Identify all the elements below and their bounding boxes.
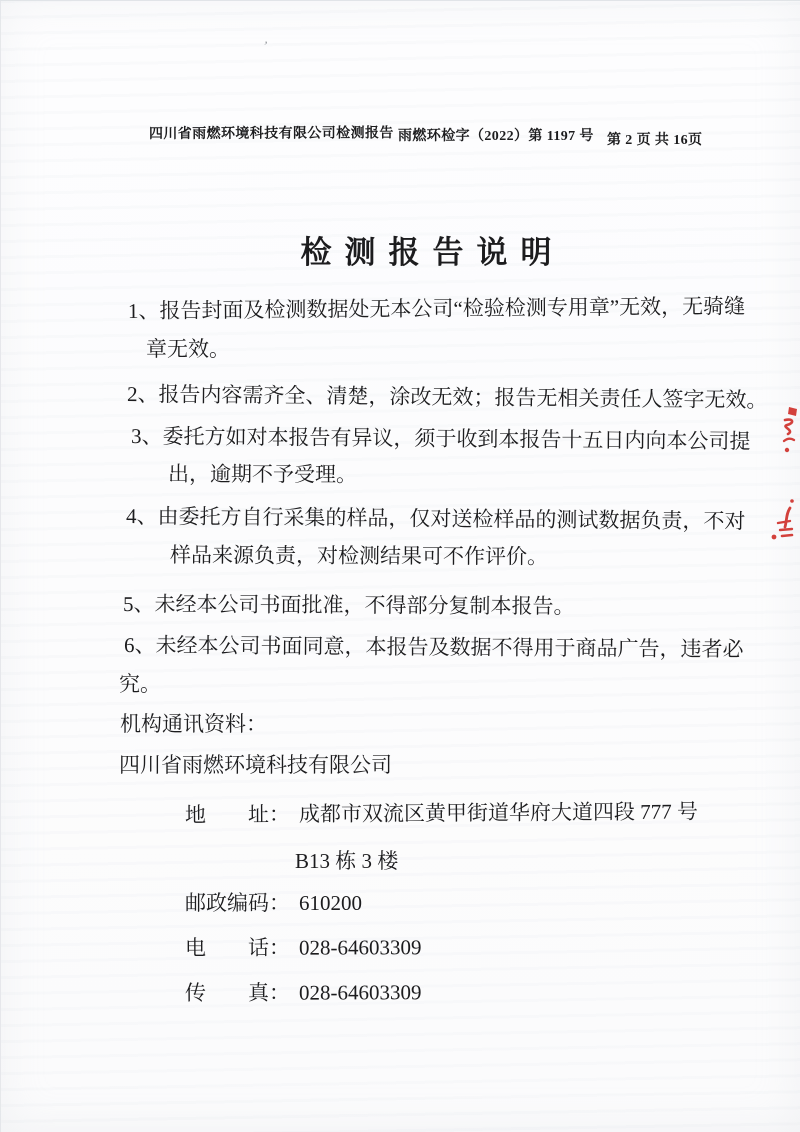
phone-row: 电 话：028-64603309 (185, 935, 422, 961)
address-label: 地 址： (185, 802, 290, 827)
note-2-line-1: 2、报告内容需齐全、清楚，涂改无效；报告无相关责任人签字无效。 (127, 382, 768, 413)
note-5-line-1: 5、未经本公司书面批准，不得部分复制本报告。 (123, 592, 575, 620)
scanned-report-page: 四川省雨燃环境科技有限公司检测报告 雨燃环检字（2022）第 1197 号 第 … (0, 0, 800, 1132)
note-3-line-2: 出，逾期不予受理。 (168, 462, 357, 488)
fax-label: 传 真： (185, 981, 290, 1005)
note-4-line-1: 4、由委托方自行采集的样品，仅对送检样品的测试数据负责，不对 (126, 504, 746, 535)
note-3-line-1: 3、委托方如对本报告有异议，须于收到本报告十五日内向本公司提 (131, 424, 751, 455)
address-line2: B13 栋 3 楼 (295, 849, 398, 874)
contact-section-heading: 机构通讯资料： (120, 712, 267, 737)
header-report-number: 雨燃环检字（2022）第 1197 号 (398, 129, 594, 146)
stray-ink-mark: ’ (261, 38, 269, 55)
postal-value: 610200 (299, 891, 362, 915)
postal-label: 邮政编码： (185, 891, 290, 915)
note-6-line-2: 究。 (119, 672, 161, 697)
note-1-line-1: 1、报告封面及检测数据处无本公司“检验检测专用章”无效，无骑缝 (128, 294, 745, 324)
address-row: 地 址：成都市双流区黄甲街道华府大道四段 777 号 (185, 799, 698, 828)
company-name: 四川省雨燃环境科技有限公司 (119, 753, 392, 778)
phone-label: 电 话： (185, 936, 290, 960)
red-stamp-fragment-icon (775, 405, 799, 459)
fax-value: 028-64603309 (299, 980, 422, 1004)
note-1-line-2: 章无效。 (146, 337, 230, 362)
note-6-line-1: 6、未经本公司书面同意，本报告及数据不得用于商品广告，违者必 (124, 633, 744, 663)
header-org-name: 四川省雨燃环境科技有限公司检测报告 (149, 126, 394, 144)
note-4-line-2: 样品来源负责，对检测结果可不作评价。 (170, 543, 548, 570)
red-stamp-fragment-icon (770, 496, 798, 550)
fax-row: 传 真：028-64603309 (185, 980, 422, 1006)
report-title: 检测报告说明 (120, 227, 745, 272)
postal-row: 邮政编码：610200 (185, 891, 362, 916)
address-value: 成都市双流区黄甲街道华府大道四段 777 号 (299, 799, 698, 826)
phone-value: 028-64603309 (299, 935, 422, 959)
header-page-indicator: 第 2 页 共 16页 (607, 133, 702, 150)
